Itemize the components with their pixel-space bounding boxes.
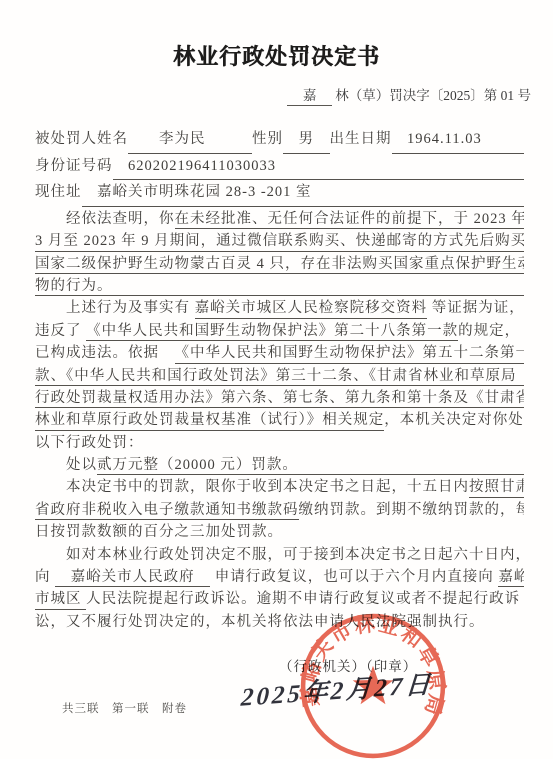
printed-text: ，本机关决定对你处 [384, 408, 524, 430]
text-line: 市城区 人民法院提起行政诉讼。逾期不申请行政复议或者不提起行政诉 [35, 587, 524, 609]
text-line: 讼，又不履行处罚决定的，本机关将依法申请人民法院强制执行。 [35, 610, 524, 632]
document-number: 嘉 林（草）罚决字〔2025〕第 01 号 [287, 84, 531, 106]
printed-text: 已构成违法。依据 [35, 341, 175, 363]
text-line: 物的行为。 [35, 274, 524, 296]
text-line: 日按罚款数额的百分之三加处罚款。 [35, 520, 524, 542]
printed-text: 向 [35, 565, 55, 587]
filled-blank: 李为民 [128, 127, 252, 154]
text-line: 国家二级保护野生动物蒙古百灵 4 只，存在非法购买国家重点保护野生动 [35, 252, 524, 274]
text-line: 以下行政处罚： [35, 431, 524, 453]
text-line: 上述行为及事实有 嘉峪关市城区人民检察院移交资料 等证据为证， [35, 296, 524, 318]
filled-blank: 《中华人民共和国野生动物保护法》第五十二条第一 [175, 341, 525, 363]
filled-blank: 贰万元整（20000 元）罚款。 [97, 453, 524, 475]
text-line: 身份证号码 620202196411030033 [35, 154, 524, 181]
filled-blank: 620202196411030033 [113, 154, 525, 181]
printed-text: 违反了 [35, 319, 86, 341]
printed-text: 身份证号码 [35, 154, 113, 181]
text-line: 向 嘉峪关市人民政府 申请行政复议，也可以于六个月内直接向 嘉峪关 [35, 565, 524, 587]
copy-info: 共三联 第一联 附卷 [62, 700, 187, 716]
filled-blank: 《中华人民共和国野生动物保护法》第二十八条第一款 [86, 319, 458, 341]
printed-text: 处以 [35, 453, 97, 475]
filled-blank: 1964.11.03 [392, 127, 525, 154]
handwritten-date: 2025年2月27日 [240, 664, 435, 714]
printed-text: 如对本林业行政处罚决定不服，可于接到本决定书之日起六十日内， [35, 543, 524, 565]
printed-text: 申请行政复议，也可以于六个月内直接向 [210, 565, 498, 587]
printed-text: 林（草）罚决字〔2025〕第 01 号 [332, 84, 531, 106]
text-line: 省政府非税收入电子缴款通知书缴款码缴纳罚款。到期不缴纳罚款的，每 [35, 498, 524, 520]
printed-text: 性别 [252, 127, 283, 154]
document-title: 林业行政处罚决定书 [0, 40, 553, 71]
filled-blank: 款、《中华人民共和国行政处罚法》第三十二条、《甘肃省林业和草原局 [35, 364, 524, 386]
filled-blank: 市城区 [35, 587, 86, 609]
printed-text: 出生日期 [330, 127, 392, 154]
printed-text: 上述行为及事实有 [35, 296, 195, 318]
text-line: 被处罚人姓名 李为民 性别 男 出生日期 1964.11.03 [35, 127, 524, 154]
filled-blank: 物的行为。 [35, 274, 524, 296]
printed-text: 经依法查明，你 [35, 207, 175, 229]
filled-blank: 嘉 [287, 84, 332, 106]
text-line: 林业和草原行政处罚裁量权基准（试行）》相关规定，本机关决定对你处 [35, 408, 524, 430]
text-line: 如对本林业行政处罚决定不服，可于接到本决定书之日起六十日内， [35, 543, 524, 565]
text-line: 3 月至 2023 年 9 月期间，通过微信联系购买、快递邮寄的方式先后购买 [35, 229, 524, 251]
document-body: 被处罚人姓名 李为民 性别 男 出生日期 1964.11.03 身份证号码 62… [35, 127, 524, 632]
filled-blank: 嘉峪关市人民政府 [55, 565, 210, 587]
filled-blank: 省政府非税收入电子缴款通知书缴款码 [35, 498, 299, 520]
filled-blank: 国家二级保护野生动物蒙古百灵 4 只，存在非法购买国家重点保护野生动 [35, 252, 524, 274]
filled-blank: 在未经批准、无任何合法证件的前提下，于 2023 年 [175, 207, 525, 229]
printed-text: 人民法院提起行政诉讼。逾期不申请行政复议或者不提起行政诉 [86, 587, 520, 609]
text-line: 已构成违法。依据 《中华人民共和国野生动物保护法》第五十二条第一 [35, 341, 524, 363]
document-page: 林业行政处罚决定书 嘉 林（草）罚决字〔2025〕第 01 号 被处罚人姓名 李… [0, 0, 553, 759]
filled-blank: 嘉峪关市明珠花园 28-3 -201 室 [82, 180, 525, 207]
text-line: 款、《中华人民共和国行政处罚法》第三十二条、《甘肃省林业和草原局 [35, 364, 524, 386]
printed-text: 日按罚款数额的百分之三加处罚款。 [35, 520, 283, 542]
text-line: 行政处罚裁量权适用办法》第六条、第七条、第九条和第十条及《甘肃省 [35, 386, 524, 408]
filled-blank: 按照甘肃 [469, 475, 524, 497]
text-line: 本决定书中的罚款，限你于收到本决定书之日起，十五日内按照甘肃 [35, 475, 524, 497]
text-line: 处以贰万元整（20000 元）罚款。 [35, 453, 524, 475]
filled-blank: 行政处罚裁量权适用办法》第六条、第七条、第九条和第十条及《甘肃省 [35, 386, 524, 408]
printed-text: 以下行政处罚： [35, 431, 144, 453]
text-line: 现住址 嘉峪关市明珠花园 28-3 -201 室 [35, 180, 524, 207]
printed-text: 现住址 [35, 180, 82, 207]
text-line: 违反了 《中华人民共和国野生动物保护法》第二十八条第一款的规定， [35, 319, 524, 341]
text-line: 经依法查明，你在未经批准、无任何合法证件的前提下，于 2023 年 [35, 207, 524, 229]
printed-text: 讼，又不履行处罚决定的，本机关将依法申请人民法院强制执行。 [35, 610, 485, 632]
printed-text: 等证据为证， [427, 296, 524, 318]
filled-blank: 3 月至 2023 年 9 月期间，通过微信联系购买、快递邮寄的方式先后购买 [35, 229, 524, 251]
filled-blank: 林业和草原行政处罚裁量权基准（试行）》相关规定 [35, 408, 384, 430]
filled-blank: 嘉峪关 [498, 565, 524, 587]
printed-text: 缴纳罚款。到期不缴纳罚款的，每 [299, 498, 525, 520]
filled-blank: 嘉峪关市城区人民检察院移交资料 [195, 296, 428, 318]
printed-text: 本决定书中的罚款，限你于收到本决定书之日起，十五日内 [35, 475, 469, 497]
printed-text: 的规定， [458, 319, 520, 341]
filled-blank: 男 [283, 127, 330, 154]
printed-text: 被处罚人姓名 [35, 127, 128, 154]
